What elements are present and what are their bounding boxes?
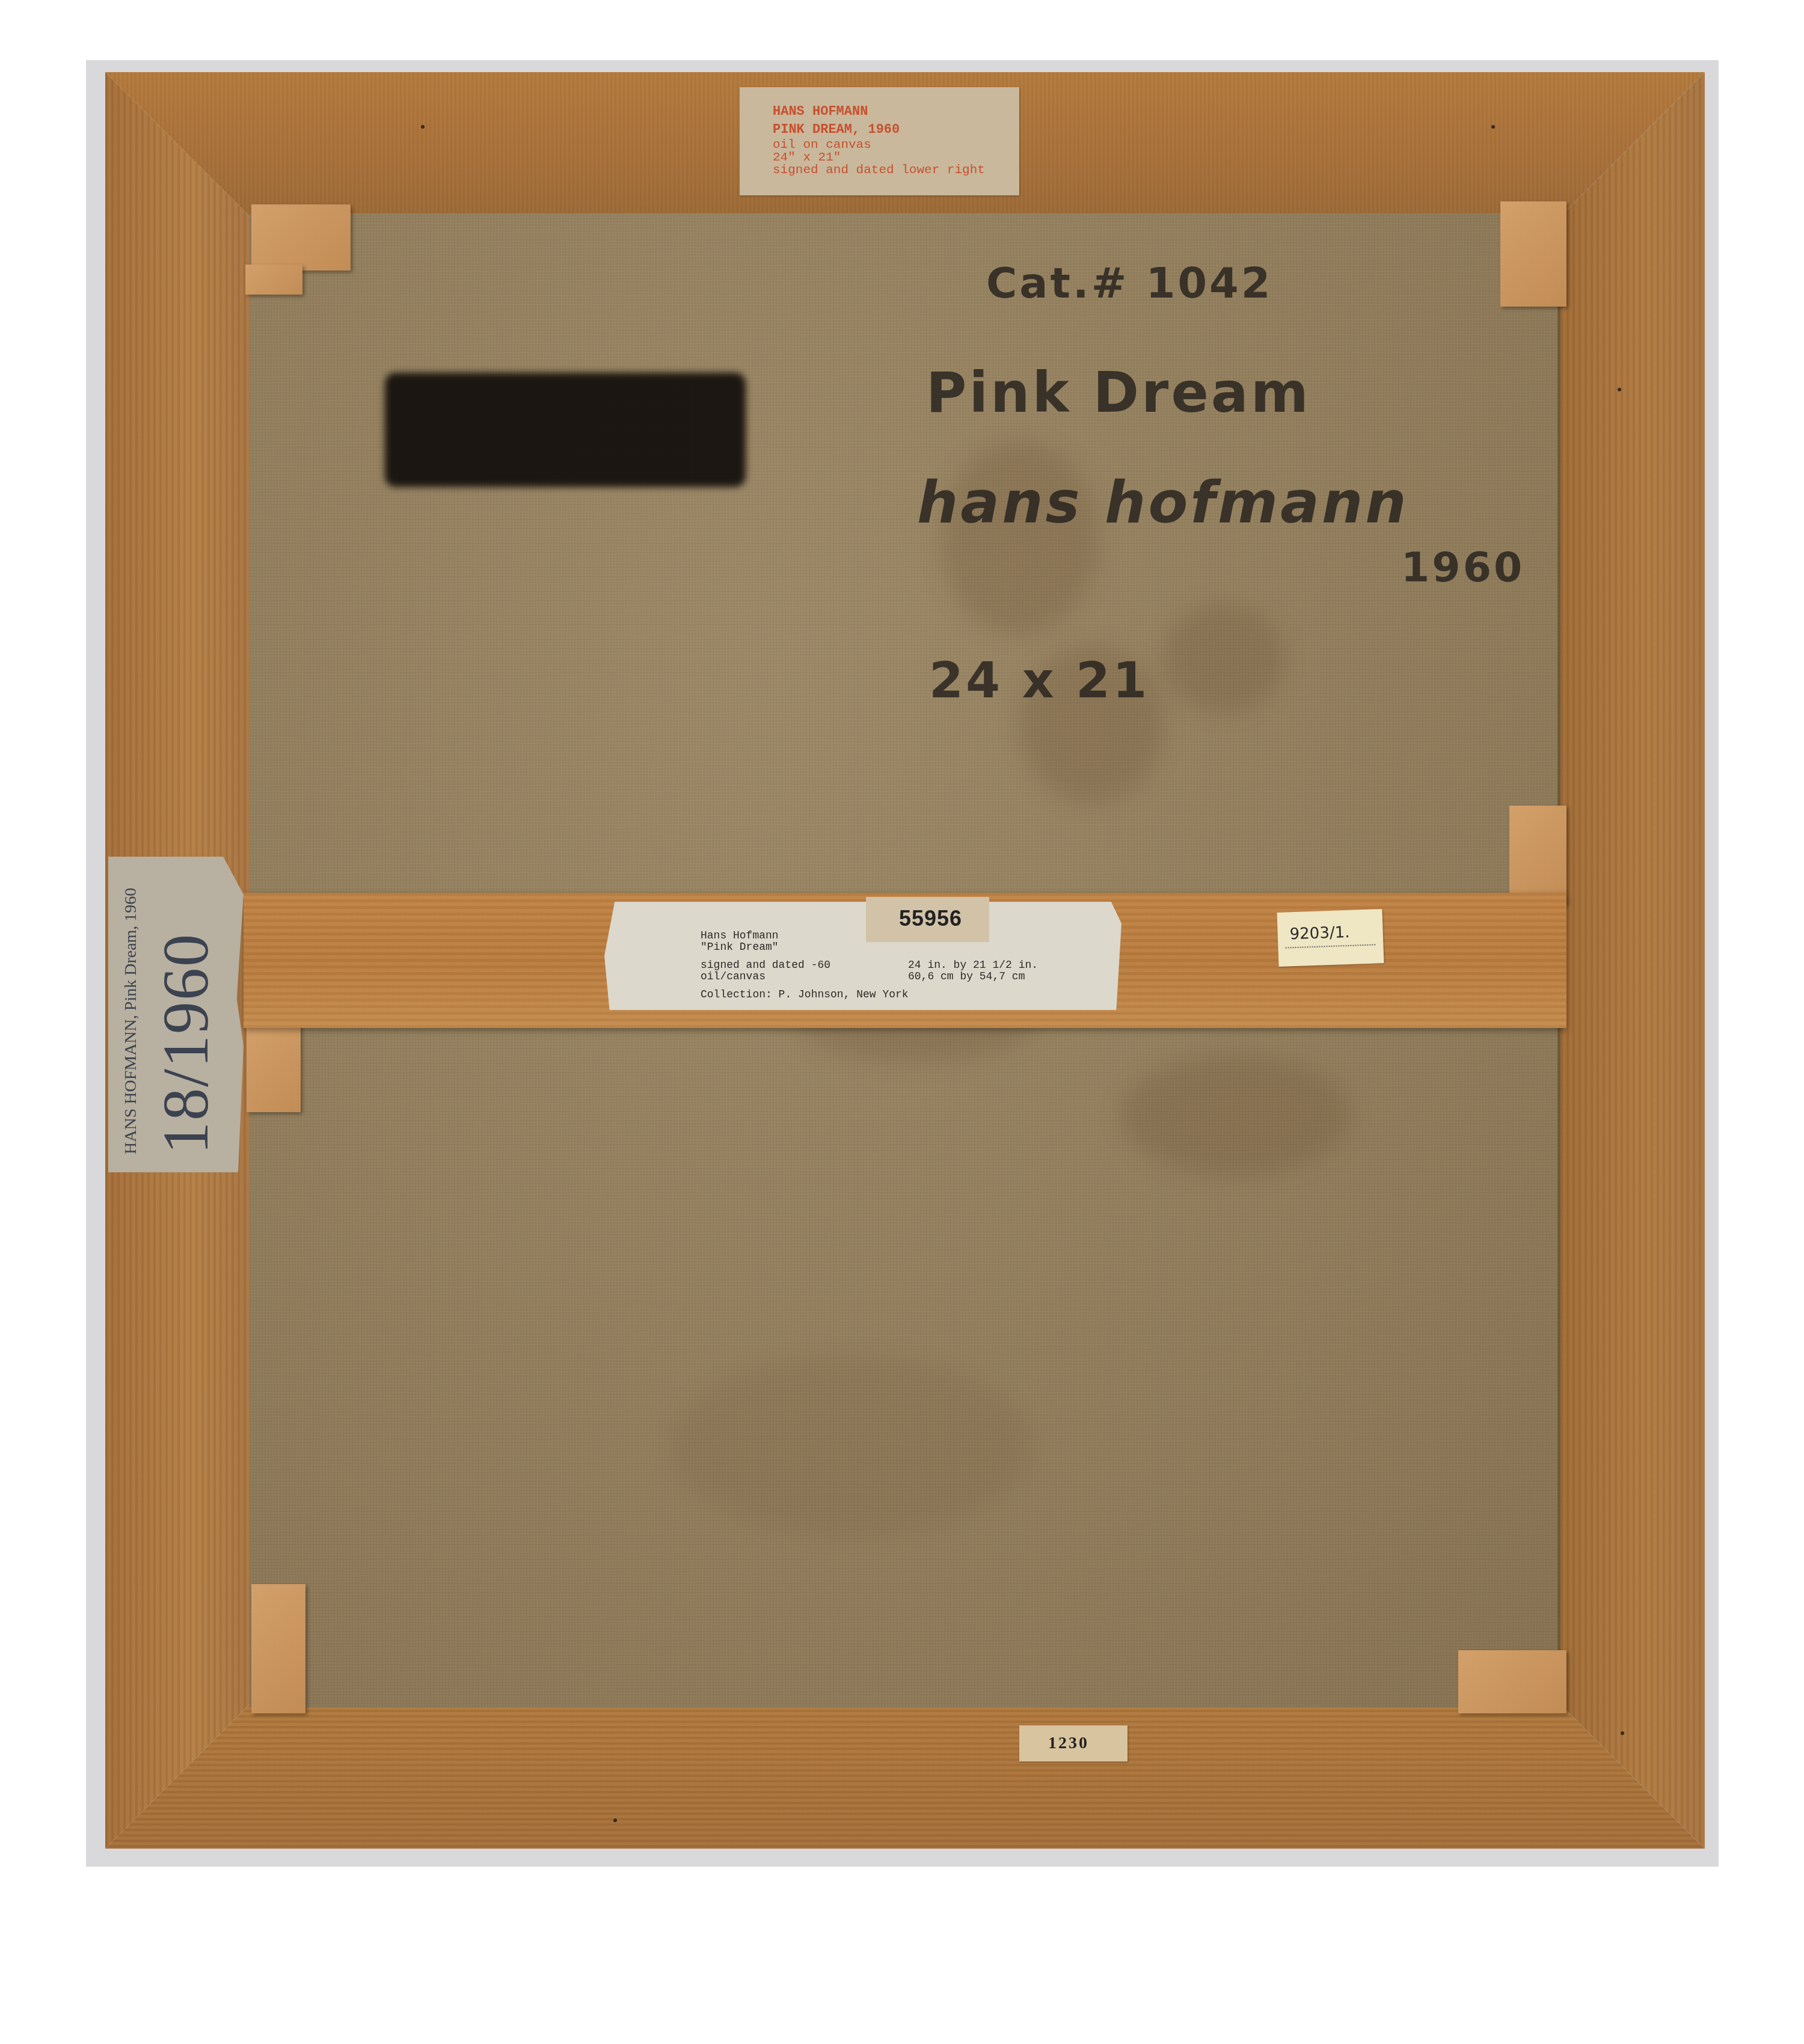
inscription-title: Pink Dream xyxy=(926,361,1311,425)
bottom-label: 1230 xyxy=(1019,1725,1127,1761)
inventory-number: 9203/1. xyxy=(1289,923,1350,943)
corner-key xyxy=(251,204,351,271)
inscription-catalogue: Cat.# 1042 xyxy=(986,259,1273,308)
frame-rail-right xyxy=(1560,72,1705,1849)
corner-key xyxy=(251,1584,305,1713)
label-medium: oil/canvas xyxy=(701,971,765,983)
bottom-label-number: 1230 xyxy=(1048,1734,1089,1753)
label-size: 24" x 21" xyxy=(773,151,1019,164)
canvas-stain xyxy=(1164,604,1284,712)
corner-key xyxy=(1500,201,1566,307)
label-signed: signed and dated -60 xyxy=(701,959,830,972)
inscription-year: 1960 xyxy=(1401,544,1524,592)
label-title: "Pink Dream" xyxy=(701,941,779,953)
label-size-cm: 60,6 cm by 54,7 cm xyxy=(908,971,1025,983)
nail-hole xyxy=(613,1819,617,1822)
nail-hole xyxy=(1621,1731,1624,1735)
canvas-stain xyxy=(1121,1055,1350,1175)
stamp-number: 55956 xyxy=(899,906,962,931)
side-label: HANS HOFMANN, Pink Dream, 1960 18/1960 xyxy=(108,857,244,1172)
canvas-stain xyxy=(670,1356,1031,1536)
exhibition-label-top: HANS HOFMANN PINK DREAM, 1960 oil on can… xyxy=(740,87,1019,195)
inventory-label: 9203/1. xyxy=(1277,909,1384,967)
side-key xyxy=(247,1022,301,1112)
label-title: PINK DREAM, 1960 xyxy=(773,121,1019,139)
side-key xyxy=(1509,806,1566,905)
frame-rail-bottom xyxy=(105,1704,1705,1849)
nail-hole xyxy=(1491,125,1495,129)
label-signature-note: signed and dated lower right xyxy=(773,164,1019,177)
nail-hole xyxy=(421,125,425,129)
label-medium: oil on canvas xyxy=(773,139,1019,151)
label-artist: Hans Hofmann xyxy=(701,930,779,942)
inscription-signature: hans hofmann xyxy=(917,469,1409,536)
label-collection: Collection: P. Johnson, New York xyxy=(701,989,909,1001)
collection-label: Hans Hofmann "Pink Dream" signed and dat… xyxy=(604,902,1121,1010)
corner-key xyxy=(245,265,302,295)
side-label-number: 18/1960 xyxy=(149,933,224,1154)
side-label-caption: HANS HOFMANN, Pink Dream, 1960 xyxy=(121,888,141,1154)
black-paint-swatch xyxy=(385,373,746,487)
label-artist: HANS HOFMANN xyxy=(773,103,1019,121)
corner-key xyxy=(1458,1650,1566,1713)
label-size-in: 24 in. by 21 1/2 in. xyxy=(908,959,1038,972)
inscription-dimensions: 24 x 21 xyxy=(929,652,1149,709)
nail-hole xyxy=(1618,388,1621,391)
dotted-line xyxy=(1285,944,1375,948)
